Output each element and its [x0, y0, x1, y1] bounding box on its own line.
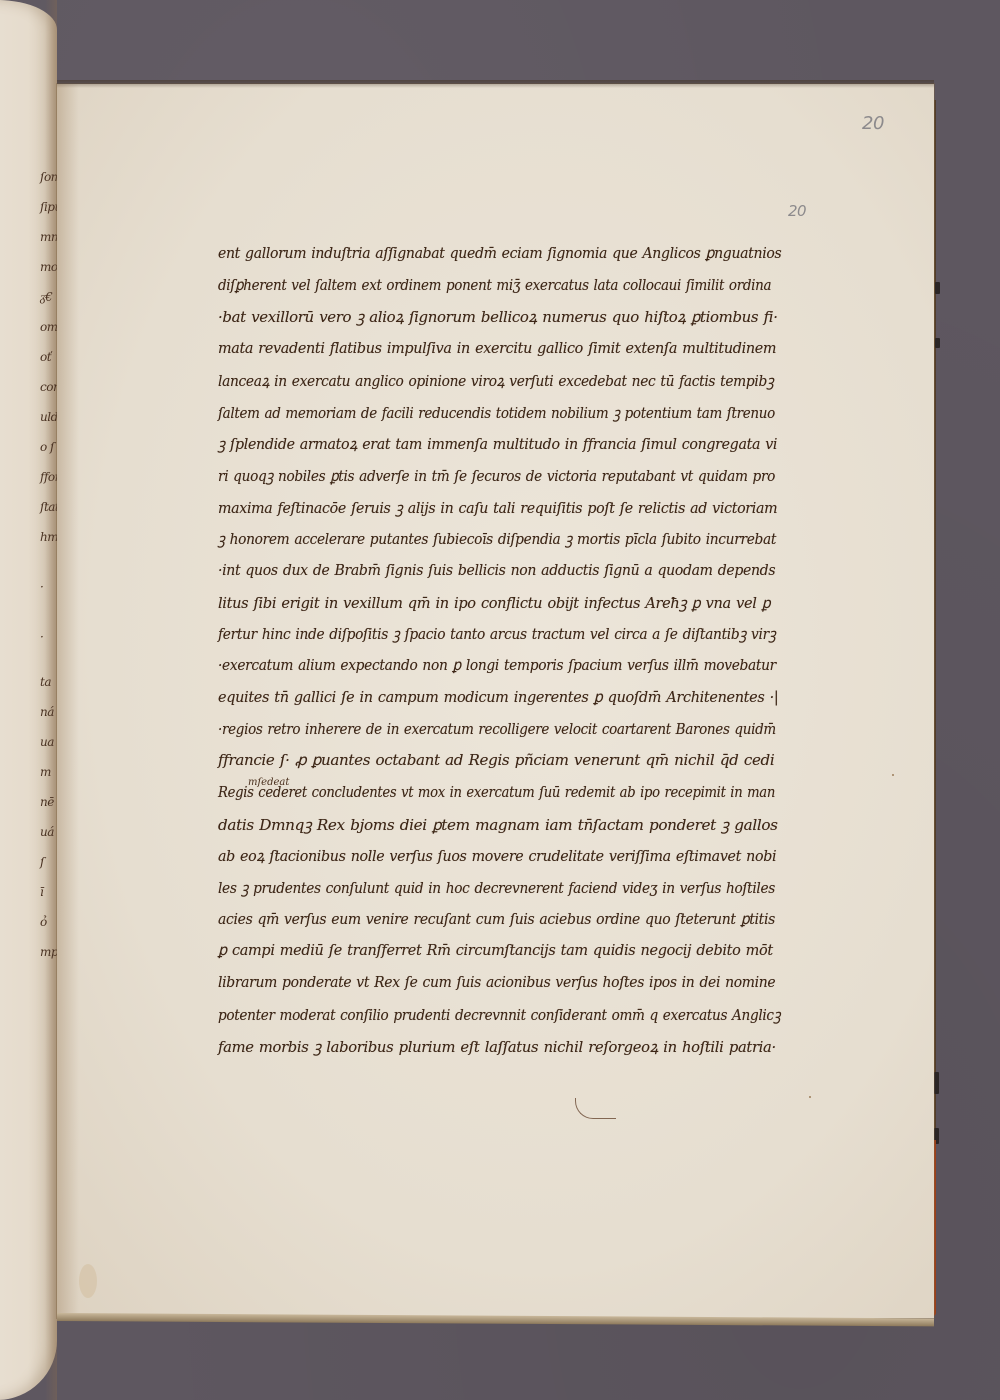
left-page-fragment: mo: [40, 260, 58, 274]
manuscript-line: ent gallorum induſtria aſſignabat quedm̄…: [218, 244, 781, 262]
manuscript-line: ·bat vexillorū vero ꝫ alioꝝ ſignorum bel…: [218, 307, 778, 327]
left-page-fragment: m: [40, 765, 51, 779]
manuscript-line: lanceaꝝ in exercatu anglico opinione vir…: [218, 371, 774, 391]
manuscript-line: potenter moderat conſilio prudenti decre…: [218, 1005, 780, 1025]
left-page-fragment: ·: [40, 630, 43, 644]
left-page-fragment: ī: [40, 885, 43, 899]
speck: [892, 774, 894, 776]
speck: [809, 1096, 811, 1098]
manuscript-line: ꝫ honorem accelerare putantes ſubiecoīs …: [218, 529, 776, 549]
clasp-mark: [935, 338, 940, 348]
left-page-fragment: uá: [40, 825, 54, 839]
folio-number-inner: 20: [788, 202, 806, 220]
manuscript-line: diſꝑherent vel ſaltem ext ordinem ponent…: [218, 276, 771, 294]
left-page-fragment: ná: [40, 705, 54, 719]
clasp-mark: [934, 1072, 939, 1094]
left-page-fragment: oť: [40, 350, 51, 364]
interlinear-correction: mſedeat: [248, 777, 289, 788]
left-page-fragment: uld: [40, 410, 58, 424]
gutter-shade: [57, 84, 79, 1318]
manuscript-line: ab eoꝝ ſtacionibus nolle verſus ſuos mov…: [218, 846, 776, 866]
manuscript-line: librarum ponderate vt Rex ſe cum ſuis ac…: [218, 973, 775, 991]
clasp-mark: [935, 282, 940, 294]
manuscript-line: ri quoqꝫ nobiles ꝑtis adverſe in tm̄ ſe …: [218, 466, 775, 486]
left-page-fragment: nē: [40, 795, 54, 809]
manuscript-line: les ꝫ prudentes conſulunt quid in hoc de…: [218, 878, 775, 898]
manuscript-line: datis Dmnqꝫ Rex bjoms diei ꝑtem magnam i…: [218, 815, 778, 835]
manuscript-line: ffrancie ſ· ꝓ ꝑuantes octabant ad Regis …: [218, 751, 774, 769]
manuscript-line: acies qm̄ verſus eum venire recuſant cum…: [218, 910, 775, 928]
manuscript-line: litus ſibi erigit in vexillum qm̄ in ipo…: [218, 593, 770, 613]
left-page-fragment: ta: [40, 675, 51, 689]
left-page-fragment: ỏ: [40, 915, 47, 929]
left-page-fragment: ᵹ€: [40, 290, 52, 305]
manuscript-line: equites tn̄ gallici ſe in campum modicum…: [218, 688, 778, 706]
manuscript-line: ·int quos dux de Brabm̄ ſignis ſuis bell…: [218, 561, 775, 579]
manuscript-line: ꝑ campi mediū ſe tranſferret Rm̄ circumſ…: [218, 941, 773, 959]
manuscript-line: ꝫ ſplendide armatoꝝ erat tam immenſa mul…: [218, 434, 777, 454]
manuscript-line: ·regios retro inherere de in exercatum r…: [218, 720, 776, 738]
left-page-fragment: mp: [40, 945, 58, 959]
manuscript-line: fertur hinc inde diſpoſitis ꝫ ſpacio tan…: [218, 624, 776, 644]
manuscript-line: fame morbis ꝫ laboribus plurium eſt laſſ…: [218, 1037, 776, 1057]
manuscript-line: Regis cederet concludentes vt mox in exe…: [218, 783, 775, 801]
manuscript-line: ſaltem ad memoriam de facili reducendis …: [218, 403, 775, 423]
manuscript-line: mata revadenti flatibus impulſiva in exe…: [218, 339, 776, 357]
left-page-fragment: o ſ: [40, 440, 54, 454]
left-page-fragment: ·: [40, 580, 43, 594]
folio-number-top: 20: [862, 113, 884, 134]
stain: [79, 1264, 97, 1298]
page-top-edge: [57, 80, 934, 88]
manuscript-line: ·exercatum alium expectando non ꝑ longi …: [218, 656, 776, 674]
manuscript-line: maxima feſtinacōe ſeruis ꝫ alijs in caſu…: [218, 498, 777, 518]
left-page-fragment: ſ: [40, 855, 44, 869]
left-page-fragment: cor: [40, 380, 58, 394]
left-page-fragment: ua: [40, 735, 54, 749]
